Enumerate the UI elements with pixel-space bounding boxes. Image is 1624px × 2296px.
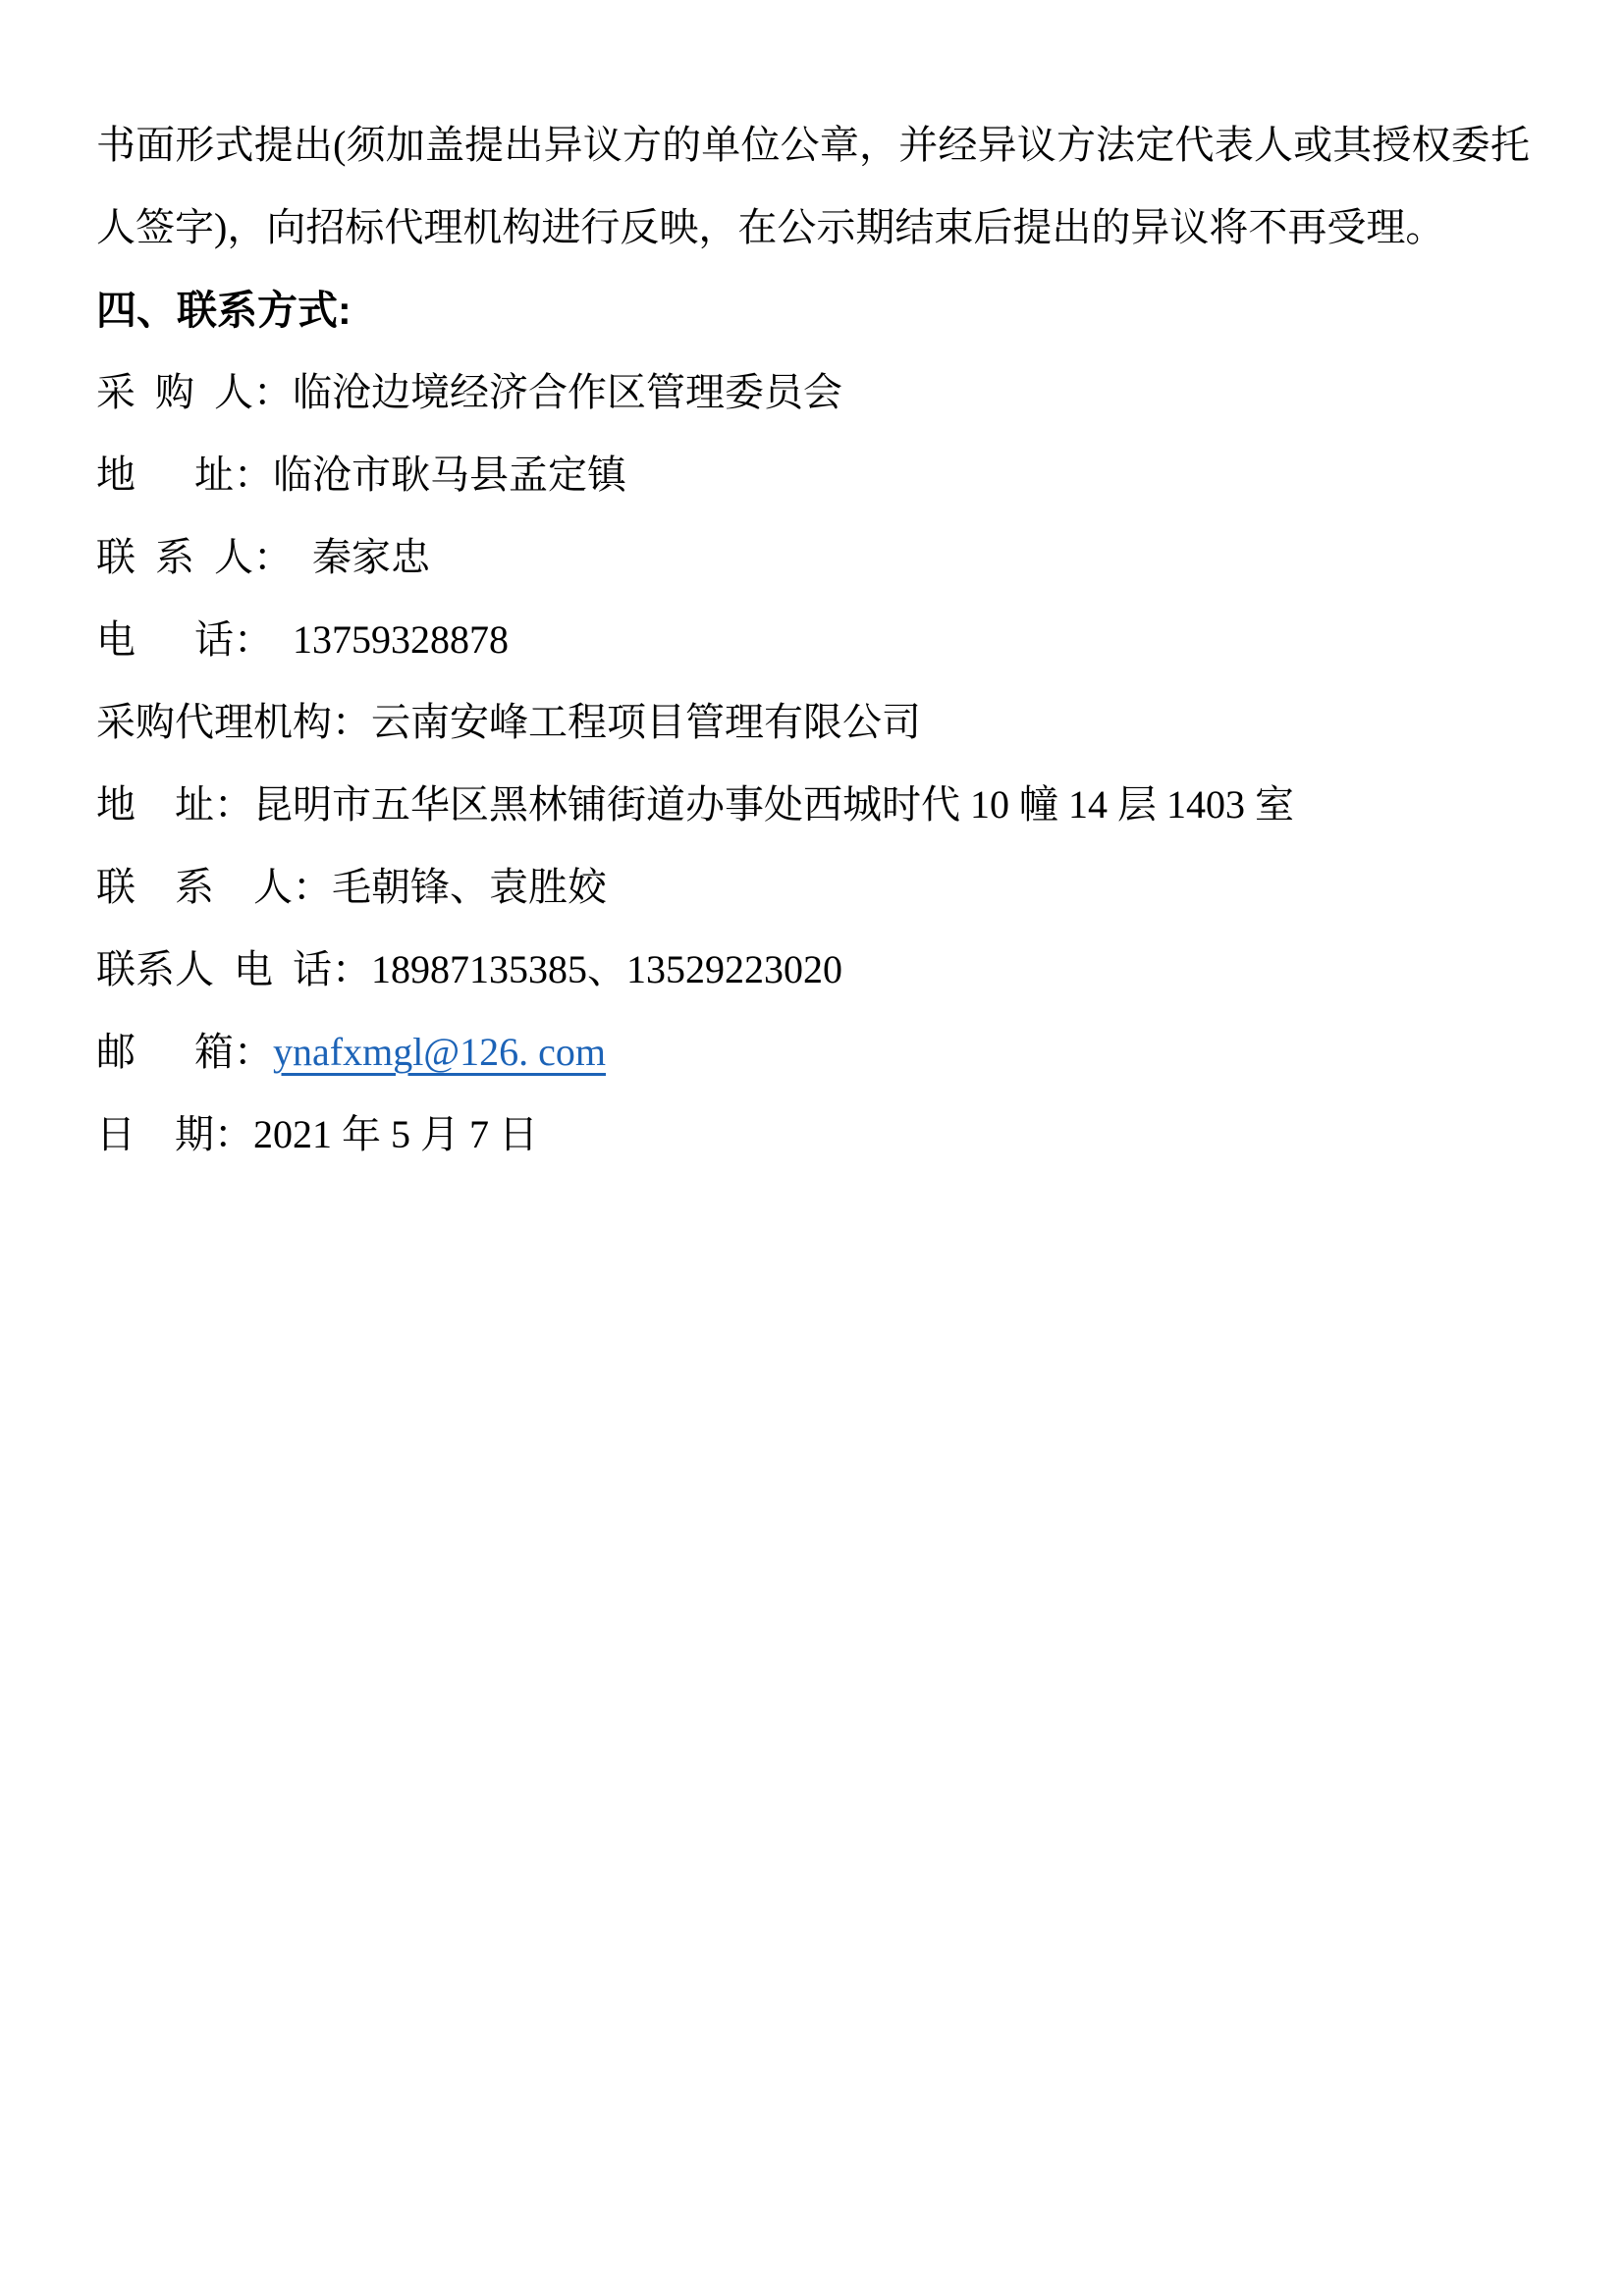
section-heading: 四、联系方式: (96, 269, 1530, 351)
date-line: 日 期：2021 年 5 月 7 日 (96, 1094, 1530, 1176)
purchaser-contact-line: 联 系 人： 秦家忠 (96, 516, 1530, 599)
agency-contact-line: 联 系 人：毛朝锋、袁胜姣 (96, 846, 1530, 929)
purchaser-line: 采 购 人：临沧边境经济合作区管理委员会 (96, 351, 1530, 434)
contact-line-label: 邮 箱： (96, 1030, 273, 1074)
purchaser-phone-line: 电 话： 13759328878 (96, 599, 1530, 681)
document-page: 书面形式提出(须加盖提出异议方的单位公章，并经异议方法定代表人或其授权委托人签字… (0, 0, 1624, 2296)
agency-phone-line: 联系人 电 话：18987135385、13529223020 (96, 929, 1530, 1011)
agency-address-line: 地 址：昆明市五华区黑林铺街道办事处西城时代 10 幢 14 层 1403 室 (96, 764, 1530, 846)
email-link[interactable]: ynafxmgl@126. com (273, 1030, 606, 1074)
intro-paragraph: 书面形式提出(须加盖提出异议方的单位公章，并经异议方法定代表人或其授权委托人签字… (96, 104, 1530, 269)
agency-line: 采购代理机构：云南安峰工程项目管理有限公司 (96, 681, 1530, 764)
purchaser-address-line: 地 址：临沧市耿马县孟定镇 (96, 434, 1530, 516)
contact-list: 采 购 人：临沧边境经济合作区管理委员会地 址：临沧市耿马县孟定镇联 系 人： … (96, 351, 1530, 1176)
document-content: 书面形式提出(须加盖提出异议方的单位公章，并经异议方法定代表人或其授权委托人签字… (96, 104, 1530, 1176)
email-line: 邮 箱：ynafxmgl@126. com (96, 1011, 1530, 1094)
